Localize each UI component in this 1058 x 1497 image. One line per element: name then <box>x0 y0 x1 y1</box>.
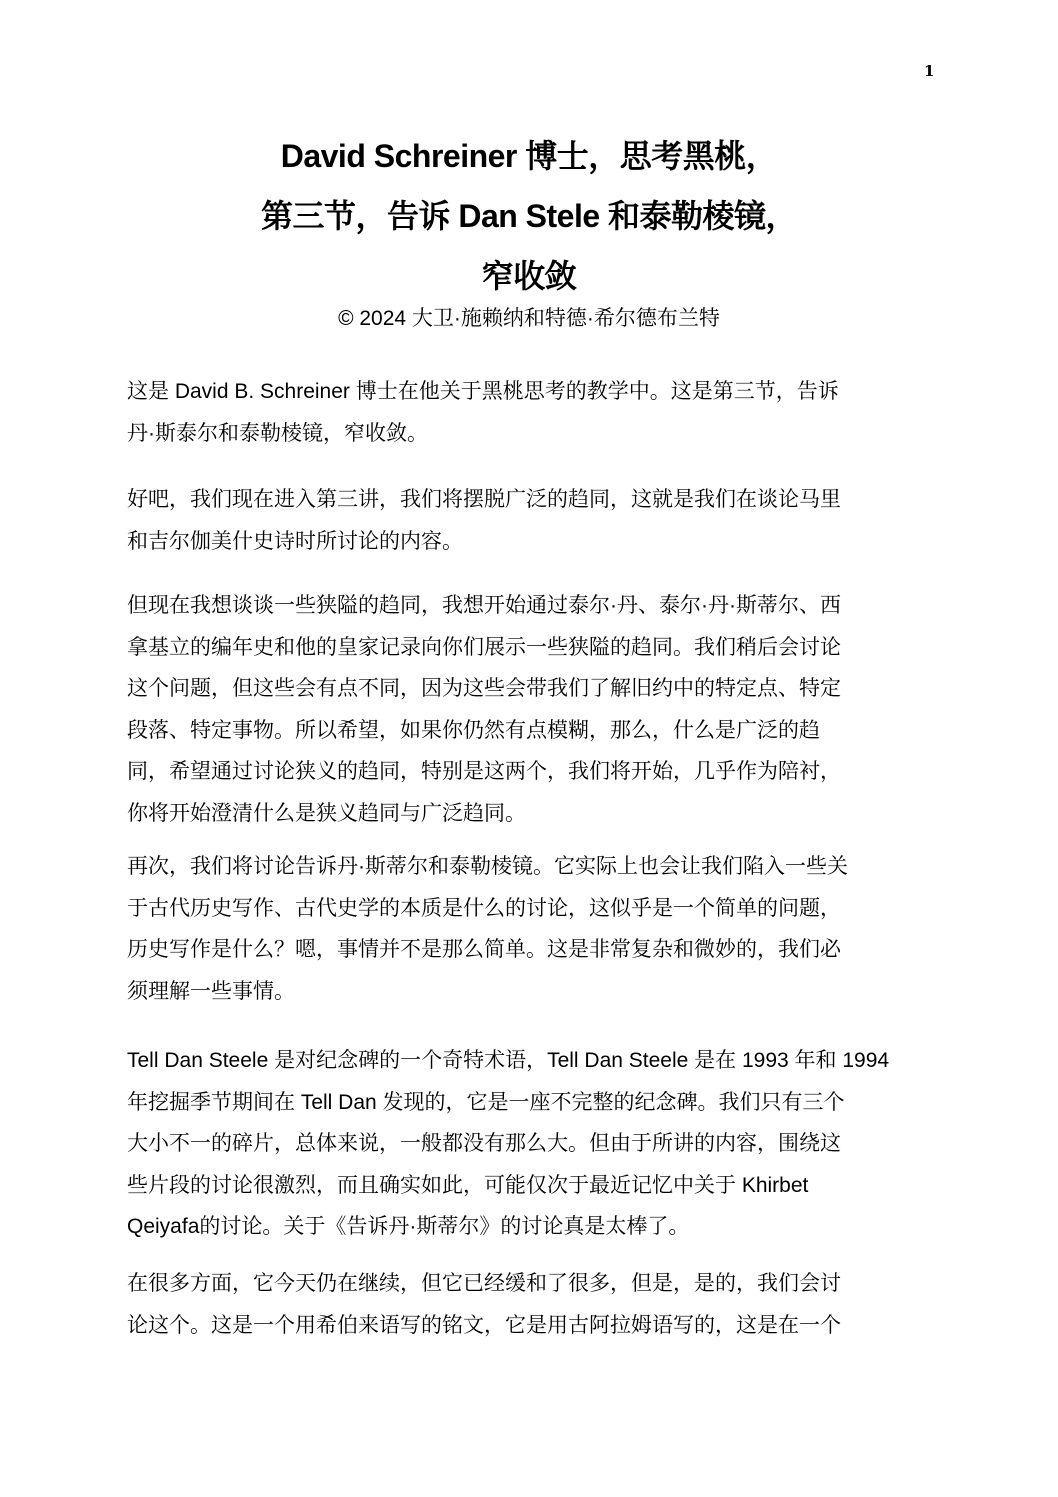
text-line: 这个问题，但这些会有点不同，因为这些会带我们了解旧约中的特定点、特定 <box>127 668 927 710</box>
text-line: 和吉尔伽美什史诗时所讨论的内容。 <box>127 521 927 563</box>
document-title: David Schreiner 博士，思考黑桃， 第三节，告诉 Dan Stel… <box>0 126 1058 306</box>
text-line: 再次，我们将讨论告诉丹·斯蒂尔和泰勒棱镜。它实际上也会让我们陷入一些关 <box>127 846 927 888</box>
paragraph-tell-dan-stele: Tell Dan Steele 是对纪念碑的一个奇特术语，Tell Dan St… <box>127 1040 927 1248</box>
text-line: 年挖掘季节期间在 Tell Dan 发现的，它是一座不完整的纪念碑。我们只有三个 <box>127 1082 927 1124</box>
text-line: 须理解一些事情。 <box>127 971 927 1013</box>
text-line: 大小不一的碎片，总体来说，一般都没有那么大。但由于所讲的内容，围绕这 <box>127 1123 927 1165</box>
text-line: 段落、特定事物。所以希望，如果你仍然有点模糊，那么，什么是广泛的趋 <box>127 710 927 752</box>
text-line: 于古代历史写作、古代史学的本质是什么的讨论，这似乎是一个简单的问题， <box>127 888 927 930</box>
text-line: 丹·斯泰尔和泰勒棱镜，窄收敛。 <box>127 413 927 455</box>
text-line: 拿基立的编年史和他的皇家记录向你们展示一些狭隘的趋同。我们稍后会讨论 <box>127 627 927 669</box>
text-line: 你将开始澄清什么是狭义趋同与广泛趋同。 <box>127 793 927 835</box>
paragraph-historiography: 再次，我们将讨论告诉丹·斯蒂尔和泰勒棱镜。它实际上也会让我们陷入一些关 于古代历… <box>127 846 927 1012</box>
title-line: 窄收敛 <box>0 246 1058 306</box>
paragraph-inscription: 在很多方面，它今天仍在继续，但它已经缓和了很多，但是，是的，我们会讨 论这个。这… <box>127 1263 927 1346</box>
text-line: 论这个。这是一个用希伯来语写的铭文，它是用古阿拉姆语写的，这是在一个 <box>127 1305 927 1347</box>
paragraph-broad-convergence: 好吧，我们现在进入第三讲，我们将摆脱广泛的趋同，这就是我们在谈论马里 和吉尔伽美… <box>127 479 927 562</box>
text-line: 些片段的讨论很激烈，而且确实如此，可能仅次于最近记忆中关于 Khirbet <box>127 1165 927 1207</box>
text-line: 好吧，我们现在进入第三讲，我们将摆脱广泛的趋同，这就是我们在谈论马里 <box>127 479 927 521</box>
text-line: 同，希望通过讨论狭义的趋同，特别是这两个，我们将开始，几乎作为陪衬， <box>127 751 927 793</box>
text-line: 在很多方面，它今天仍在继续，但它已经缓和了很多，但是，是的，我们会讨 <box>127 1263 927 1305</box>
text-line: Qeiyafa的讨论。关于《告诉丹·斯蒂尔》的讨论真是太棒了。 <box>127 1206 927 1248</box>
text-line: 历史写作是什么？嗯，事情并不是那么简单。这是非常复杂和微妙的，我们必 <box>127 929 927 971</box>
paragraph-intro: 这是 David B. Schreiner 博士在他关于黑桃思考的教学中。这是第… <box>127 371 927 454</box>
paragraph-narrow-convergence: 但现在我想谈谈一些狭隘的趋同，我想开始通过泰尔·丹、泰尔·丹·斯蒂尔、西 拿基立… <box>127 585 927 834</box>
copyright-line: © 2024 大卫·施赖纳和特德·希尔德布兰特 <box>0 303 1058 335</box>
document-page: 1 David Schreiner 博士，思考黑桃， 第三节，告诉 Dan St… <box>0 0 1058 1497</box>
title-line: David Schreiner 博士，思考黑桃， <box>0 126 1058 186</box>
title-line: 第三节，告诉 Dan Stele 和泰勒棱镜， <box>0 186 1058 246</box>
text-line: Tell Dan Steele 是对纪念碑的一个奇特术语，Tell Dan St… <box>127 1040 927 1082</box>
text-line: 这是 David B. Schreiner 博士在他关于黑桃思考的教学中。这是第… <box>127 371 927 413</box>
page-number: 1 <box>924 62 934 80</box>
text-line: 但现在我想谈谈一些狭隘的趋同，我想开始通过泰尔·丹、泰尔·丹·斯蒂尔、西 <box>127 585 927 627</box>
